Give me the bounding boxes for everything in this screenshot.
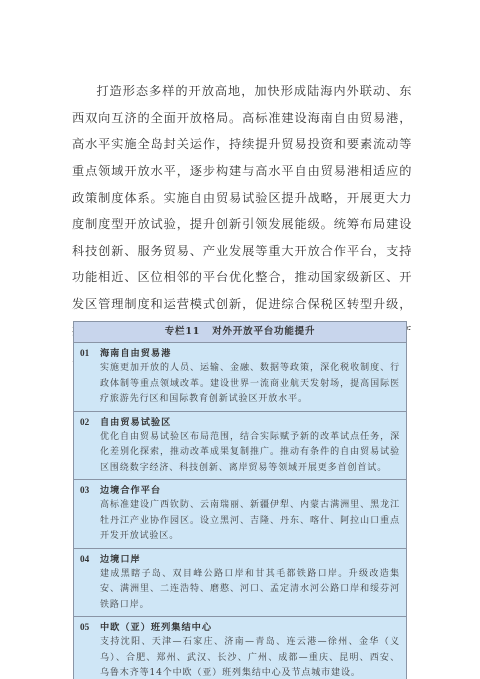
box-item: 03 边境合作平台 高标准建设广西钦防、云南瑞丽、新疆伊犁、内蒙古满洲里、黑龙江… bbox=[74, 480, 406, 549]
item-title: 自由贸易试验区 bbox=[100, 415, 171, 430]
box-item: 05 中欧（亚）班列集结中心 支持沈阳、天津—石家庄、济南—青岛、连云港—徐州、… bbox=[74, 617, 406, 679]
document-page: 打造形态多样的开放高地，加快形成陆海内外联动、东西双向互济的全面开放格局。高标准… bbox=[0, 0, 480, 679]
item-title: 中欧（亚）班列集结中心 bbox=[100, 620, 212, 635]
item-body: 优化自由贸易试验区布局范围，结合实际赋予新的改革试点任务，深化差别化探索，推动改… bbox=[80, 430, 400, 477]
special-column-box: 专栏11 对外开放平台功能提升 01 海南自由贸易港 实施更加开放的人员、运输、… bbox=[73, 321, 407, 679]
box-item: 02 自由贸易试验区 优化自由贸易试验区布局范围，结合实际赋予新的改革试点任务，… bbox=[74, 412, 406, 481]
box-header: 专栏11 对外开放平台功能提升 bbox=[74, 322, 406, 343]
box-item: 01 海南自由贸易港 实施更加开放的人员、运输、金融、数据等政策，深化税收制度、… bbox=[74, 343, 406, 412]
box-title: 对外开放平台功能提升 bbox=[212, 326, 315, 337]
item-title: 边境口岸 bbox=[100, 552, 141, 567]
box-item: 04 边境口岸 建成黑瞎子岛、双目峰公路口岸和甘其毛都铁路口岸。升级改造集安、满… bbox=[74, 549, 406, 618]
item-title: 海南自由贸易港 bbox=[100, 346, 171, 361]
item-body: 高标准建设广西钦防、云南瑞丽、新疆伊犁、内蒙古满洲里、黑龙江牡丹江产业协作园区。… bbox=[80, 498, 400, 545]
item-number: 01 bbox=[80, 346, 100, 361]
item-body: 支持沈阳、天津—石家庄、济南—青岛、连云港—徐州、金华（义乌）、合肥、郑州、武汉… bbox=[80, 635, 400, 679]
item-number: 05 bbox=[80, 620, 100, 635]
item-number: 02 bbox=[80, 415, 100, 430]
item-body: 实施更加开放的人员、运输、金融、数据等政策，深化税收制度、行政体制等重点领域改革… bbox=[80, 361, 400, 408]
box-label: 专栏11 bbox=[165, 326, 200, 337]
item-number: 03 bbox=[80, 483, 100, 498]
item-number: 04 bbox=[80, 552, 100, 567]
item-body: 建成黑瞎子岛、双目峰公路口岸和甘其毛都铁路口岸。升级改造集安、满洲里、二连浩特、… bbox=[80, 567, 400, 614]
item-title: 边境合作平台 bbox=[100, 483, 161, 498]
